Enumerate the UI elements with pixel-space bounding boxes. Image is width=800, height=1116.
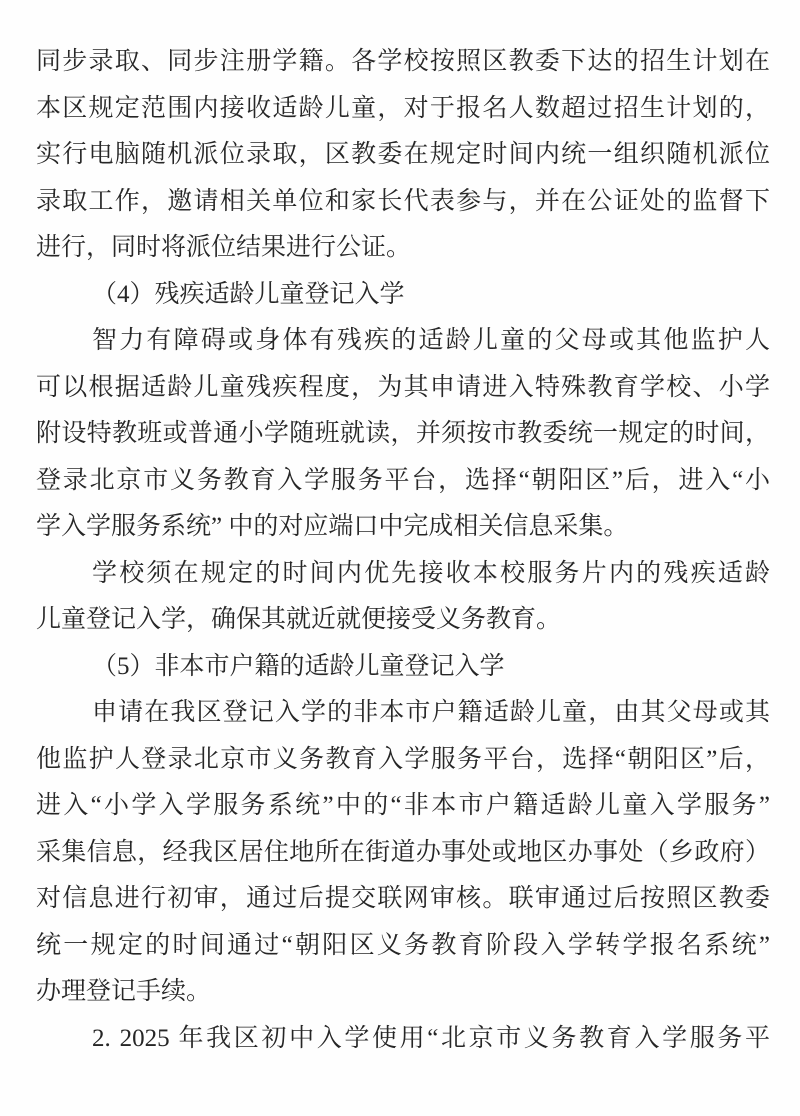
text-line: 附设特教班或普通小学随班就读，并须按市教委统一规定的时间， — [36, 411, 770, 458]
text-line: 登录北京市义务教育入学服务平台，选择“朝阳区”后，进入“小 — [36, 458, 770, 505]
text-line: 申请在我区登记入学的非本市户籍适龄儿童，由其父母或其 — [36, 690, 770, 737]
text-line: 对信息进行初审，通过后提交联网审核。联审通过后按照区教委 — [36, 876, 770, 923]
text-line: 他监护人登录北京市义务教育入学服务平台，选择“朝阳区”后， — [36, 737, 770, 784]
section-heading-4: （4）残疾适龄儿童登记入学 — [36, 272, 770, 319]
section-heading-5: （5）非本市户籍的适龄儿童登记入学 — [36, 644, 770, 691]
text-line: 本区规定范围内接收适龄儿童，对于报名人数超过招生计划的， — [36, 86, 770, 133]
document-text-block: 同步录取、同步注册学籍。各学校按照区教委下达的招生计划在 本区规定范围内接收适龄… — [36, 39, 770, 1062]
text-line: 2. 2025 年我区初中入学使用“北京市义务教育入学服务平 — [36, 1016, 770, 1063]
text-line: 采集信息，经我区居住地所在街道办事处或地区办事处（乡政府） — [36, 830, 770, 877]
text-line: 录取工作，邀请相关单位和家长代表参与，并在公证处的监督下 — [36, 179, 770, 226]
text-line: 办理登记手续。 — [36, 969, 770, 1016]
text-line: 智力有障碍或身体有残疾的适龄儿童的父母或其他监护人 — [36, 318, 770, 365]
text-line: 学校须在规定的时间内优先接收本校服务片内的残疾适龄 — [36, 551, 770, 598]
text-line: 儿童登记入学，确保其就近就便接受义务教育。 — [36, 597, 770, 644]
document-page: 同步录取、同步注册学籍。各学校按照区教委下达的招生计划在 本区规定范围内接收适龄… — [0, 0, 800, 1116]
text-line: 同步录取、同步注册学籍。各学校按照区教委下达的招生计划在 — [36, 39, 770, 86]
text-line: 可以根据适龄儿童残疾程度，为其申请进入特殊教育学校、小学 — [36, 365, 770, 412]
text-line: 进入“小学入学服务系统”中的“非本市户籍适龄儿童入学服务” — [36, 783, 770, 830]
text-line: 实行电脑随机派位录取，区教委在规定时间内统一组织随机派位 — [36, 132, 770, 179]
text-line: 进行，同时将派位结果进行公证。 — [36, 225, 770, 272]
text-line: 学入学服务系统” 中的对应端口中完成相关信息采集。 — [36, 504, 770, 551]
text-line: 统一规定的时间通过“朝阳区义务教育阶段入学转学报名系统” — [36, 923, 770, 970]
